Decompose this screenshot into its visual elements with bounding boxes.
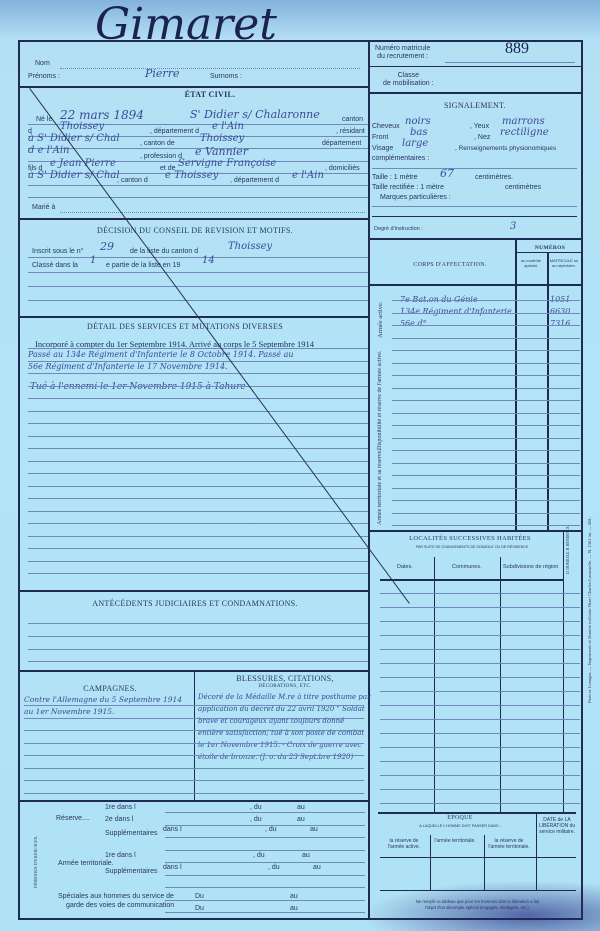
section-rule <box>20 670 370 672</box>
col-rule <box>500 557 501 812</box>
ruled-line <box>28 361 368 362</box>
epoque-title: ÉPOQUE <box>420 815 500 821</box>
ruled-line <box>165 862 365 863</box>
lieu-naissance: S' Didier s/ Chalaronne <box>190 108 320 121</box>
ruled-line <box>24 705 364 706</box>
service-line-2: Passé au 134e Régiment d'Infanterie le 8… <box>28 350 294 359</box>
rule <box>28 661 368 662</box>
au-label: au <box>297 804 305 811</box>
centimetres-label: centimètres. <box>475 174 513 181</box>
du-label: Du <box>195 905 204 912</box>
visage-value: large <box>402 138 428 149</box>
ruled-line <box>380 719 580 720</box>
cheveux-label: Cheveux <box>372 123 400 130</box>
au-label: au <box>313 864 321 871</box>
blessure-line-1: Décoré de la Médaille M.re à titre posth… <box>198 693 370 701</box>
ruled-line <box>380 803 580 804</box>
ruled-line <box>24 730 364 731</box>
classe-label: Classede mobilisation : <box>383 72 434 88</box>
ruled-line <box>380 649 580 650</box>
au-label: au <box>297 816 305 823</box>
ruled-line <box>28 498 368 499</box>
matricule-row-3: 7316 <box>550 319 570 328</box>
matricule-value: 889 <box>505 40 529 58</box>
ruled-line <box>165 812 365 813</box>
ruled-line <box>380 761 580 762</box>
ruled-line <box>392 450 580 451</box>
matricule-rule <box>370 66 582 67</box>
prenoms-label: Prénoms : <box>28 73 60 80</box>
supplementaires-label: Supplémentaires <box>105 868 158 875</box>
ruled-line <box>24 793 364 794</box>
rule <box>60 212 365 213</box>
ruled-line <box>165 887 365 888</box>
epoque-col-3: la réserve de l'armée territoriale. <box>486 838 532 850</box>
nom-label: Nom <box>35 60 50 67</box>
corps-row-2: 134e Régiment d'Infanterie <box>400 307 512 316</box>
ruled-line <box>24 743 364 744</box>
surnoms-label: Surnoms : <box>210 73 242 80</box>
decision-title: DÉCISION DU CONSEIL DE REVISION ET MOTIF… <box>90 226 300 235</box>
canton-value: Thoissey <box>60 121 104 132</box>
rule <box>380 857 576 858</box>
ruled-line <box>24 755 364 756</box>
ruled-line <box>28 511 368 512</box>
reserve-2e-label: 2e dans l <box>105 816 133 823</box>
liste-label: de la liste du canton d <box>130 248 198 255</box>
localites-title: LOCALITÉS SUCCESSIVES HABITÉES <box>390 535 550 542</box>
col-rule <box>430 835 431 890</box>
col-rule <box>515 238 517 530</box>
ruled-line <box>380 621 580 622</box>
ruled-line <box>165 900 365 901</box>
localites-subtitle: PAR SUITE DE CHANGEMENTS DE DOMICILE OU … <box>385 544 560 550</box>
domicile-col: D. DOMICILE. R. RÉSIDENCE. <box>566 540 570 574</box>
ruled-line <box>392 313 580 314</box>
nez-value: rectiligne <box>500 127 549 138</box>
domicile-value: à S' Didier s/ Chal <box>28 170 120 181</box>
ruled-line <box>392 525 580 526</box>
rule <box>372 168 577 169</box>
liberation-title: DATE de LA LIBÉRATION du service militai… <box>538 817 576 835</box>
rule <box>517 252 581 253</box>
nom-line <box>60 68 360 69</box>
corps-row-3: 56e d° <box>400 319 427 328</box>
ruled-line <box>392 513 580 514</box>
ruled-line <box>165 850 365 851</box>
matricule-col-header: MATRICULE ou au répertoire. <box>548 258 580 268</box>
canton3-value: e Thoissey <box>165 170 218 181</box>
blessures-subtitle: DÉCORATIONS, ETC. <box>235 684 335 689</box>
liste-value: Thoissey <box>228 241 272 252</box>
ruled-line <box>392 300 580 301</box>
epoque-subtitle: A LAQUELLE L'HOMME DOIT PASSER DANS : <box>385 823 535 829</box>
ruled-line <box>392 413 580 414</box>
section-rule <box>20 316 370 318</box>
rule <box>380 579 563 581</box>
rule <box>380 890 576 891</box>
ruled-line <box>28 411 368 412</box>
renseignements-label: , Renseignements physionomiques <box>455 145 556 152</box>
matricule-row-2: 6630 <box>550 307 570 316</box>
profession-value: e Vannier <box>195 145 248 158</box>
rule <box>28 272 368 273</box>
numeros-title: NUMÉROS <box>525 245 575 251</box>
matricule-line <box>445 62 575 63</box>
taille-rectifiee-label: Taille rectifiée : 1 mètre <box>372 184 444 191</box>
ruled-line <box>392 463 580 464</box>
supplementaires-label: Supplémentaires <box>105 830 158 837</box>
rule <box>28 649 368 650</box>
departement-value: e l'Ain <box>212 121 244 132</box>
col-rule <box>563 532 564 812</box>
ruled-line <box>28 548 368 549</box>
au-label: au <box>302 852 310 859</box>
mere-value: Servigne Françoise <box>178 158 276 169</box>
matricule-label: Numéro matriculedu recrutement : <box>375 45 430 61</box>
col-rule <box>434 557 435 812</box>
classe-rule <box>370 92 582 94</box>
ruled-line <box>392 363 580 364</box>
rule <box>28 636 368 637</box>
dans-label: dans l <box>163 826 182 833</box>
paper-stain-top <box>0 0 600 40</box>
epoque-note: Ne remplir ce tableau que pour les homme… <box>385 899 570 911</box>
service-line-4: Tué à l'ennemi le 1er Novembre 1915 à Ta… <box>30 382 246 392</box>
rule <box>372 216 577 217</box>
visage-label: Visage <box>372 145 393 152</box>
rule <box>372 206 577 207</box>
section-rule <box>20 218 370 220</box>
du-label: , du <box>265 826 277 833</box>
section-rule <box>370 238 582 240</box>
ruled-line <box>28 486 368 487</box>
ruled-line <box>165 912 365 913</box>
epoque-note-2: l'objet d'un décompte spécial (engagés, … <box>425 905 530 910</box>
ruled-line <box>380 607 580 608</box>
rule <box>28 300 368 301</box>
ruled-line <box>28 573 368 574</box>
campagnes-title: CAMPAGNES. <box>60 684 160 693</box>
ruled-line <box>392 400 580 401</box>
service-line-3: 56e Régiment d'Infanterie le 17 Novembre… <box>28 362 228 371</box>
epoque-col-1: la réserve de l'armée active. <box>381 838 427 850</box>
ruled-line <box>28 398 368 399</box>
du-label: , du <box>250 804 262 811</box>
campagne-line-1: Contre l'Allemagne du 5 Septembre 1914 <box>24 695 182 704</box>
ruled-line <box>380 789 580 790</box>
ruled-line <box>28 436 368 437</box>
marie-label: Marié à <box>32 204 55 211</box>
ruled-line <box>392 375 580 376</box>
corps-col-header: CORPS D'AFFECTATION. <box>390 262 510 268</box>
nez-label: , Nez <box>474 134 490 141</box>
etat-civil-title: ÉTAT CIVIL. <box>170 90 250 99</box>
rule <box>378 812 576 814</box>
dans-label: dans l <box>163 864 182 871</box>
controle-col-header: au contrôle spécial. <box>517 258 545 268</box>
disponibilite-label: Disponibilité et réserve de l'armée acti… <box>377 360 383 450</box>
communes-col: Communes. <box>452 564 482 570</box>
ruled-line <box>392 438 580 439</box>
armee-territoriale-label: Armée territoriale. <box>58 860 114 868</box>
ruled-line <box>28 536 368 537</box>
epoque-col-2: l'armée territoriale. <box>432 838 478 844</box>
blessure-line-2: application du décret du 22 avril 1920 "… <box>198 705 365 713</box>
rule <box>28 623 368 624</box>
rule <box>28 257 368 258</box>
ruled-line <box>392 475 580 476</box>
taille-label: Taille : 1 mètre <box>372 174 418 181</box>
column-divider <box>368 40 370 920</box>
matricule-label-1: Numéro matricule <box>375 45 430 52</box>
rule <box>28 286 368 287</box>
ruled-line <box>28 448 368 449</box>
ruled-line <box>28 561 368 562</box>
signalement-title: SIGNALEMENT. <box>425 101 525 110</box>
ruled-line <box>392 425 580 426</box>
residant-value: à S' Didier s/ Chal <box>28 133 120 144</box>
epoque-note-1: Ne remplir ce tableau que pour les homme… <box>416 899 539 904</box>
ruled-line <box>28 348 368 349</box>
ruled-line <box>380 663 580 664</box>
prenoms-value: Pierre <box>145 67 179 80</box>
speciales-label-1: Spéciales aux hommes du service de <box>58 893 174 900</box>
ruled-line <box>165 875 365 876</box>
au-label: au <box>310 826 318 833</box>
section-rule <box>20 590 370 592</box>
yeux-label: , Yeux <box>470 123 489 130</box>
ruled-line <box>392 325 580 326</box>
ruled-line <box>380 691 580 692</box>
printer-imprint: Paris et Limoges. — Imprimerie et librai… <box>587 400 592 820</box>
territoriale-label: Armée territoriale et sa réserve. <box>377 455 383 525</box>
ruled-line <box>380 593 580 594</box>
ruled-line <box>165 825 365 826</box>
col-rule <box>536 812 537 890</box>
canton2-label: , canton de <box>140 140 175 147</box>
ruled-line <box>28 523 368 524</box>
ruled-line <box>392 500 580 501</box>
inscrit-label: Inscrit sous le n° <box>32 248 83 255</box>
services-title: DÉTAIL DES SERVICES ET MUTATIONS DIVERSE… <box>70 322 300 331</box>
ruled-line <box>380 635 580 636</box>
canton3-label: , canton d <box>117 177 148 184</box>
reserve-label: Réserve.... <box>56 815 90 822</box>
reserve-1re-label: 1re dans l <box>105 804 136 811</box>
yeux-value: marrons <box>502 116 545 127</box>
ruled-line <box>28 423 368 424</box>
ruled-line <box>24 768 364 769</box>
ruled-line <box>28 461 368 462</box>
classe-dans-value: 1 <box>90 255 96 266</box>
ruled-line <box>380 705 580 706</box>
au-label: au <box>290 905 298 912</box>
date-naissance: 22 mars 1894 <box>60 108 144 122</box>
col-rule <box>484 835 485 890</box>
terr-1re-label: 1re dans l <box>105 852 136 859</box>
ruled-line <box>165 837 365 838</box>
header-rule <box>20 86 370 88</box>
ruled-line <box>392 388 580 389</box>
taille-value: 67 <box>440 167 454 180</box>
section-rule <box>370 284 582 286</box>
residant-label: , résidant <box>336 128 365 135</box>
canton2-value: Thoissey <box>200 133 244 144</box>
ruled-line <box>392 350 580 351</box>
rule <box>28 185 368 186</box>
ruled-line <box>380 677 580 678</box>
departement3-value: e l'Ain <box>292 170 324 181</box>
departement-label: , département d <box>150 128 199 135</box>
inscrit-value: 29 <box>100 240 114 253</box>
partie-label: e partie de la liste en 19 <box>106 262 180 269</box>
ruled-line <box>24 718 364 719</box>
classe-label-2: de mobilisation : <box>383 80 434 87</box>
degre-label: Degré d'instruction : <box>374 226 423 232</box>
profession-label: , profession d <box>140 153 182 160</box>
front-value: bas <box>410 127 428 138</box>
subdivisions-col: Subdivisions de région <box>503 564 558 570</box>
dates-col: Dates. <box>397 564 413 570</box>
du-label: , du <box>250 816 262 823</box>
rule <box>28 197 368 198</box>
section-rule <box>20 800 370 802</box>
centimetres2-label: centimètres <box>505 184 541 191</box>
blessures-title: BLESSURES, CITATIONS, <box>225 674 345 683</box>
ruled-line <box>392 338 580 339</box>
departement2-value: d e l'Ain <box>28 145 69 156</box>
front-label: Front <box>372 134 388 141</box>
antecedents-title: ANTÉCÉDENTS JUDICIAIRES ET CONDAMNATIONS… <box>90 599 300 608</box>
domicilies-label: , domiciliés <box>325 165 360 172</box>
speciales-label-2: garde des voies de communication <box>66 902 174 909</box>
departement3-label: , département d <box>230 177 279 184</box>
annee-value: 14 <box>202 255 215 266</box>
ruled-line <box>380 747 580 748</box>
marques-label: Marques particulières : <box>380 194 451 201</box>
periodes-side-label: PÉRIODES D'EXERCICES. <box>33 832 47 892</box>
campagne-line-2: au 1er Novembre 1915. <box>24 707 114 716</box>
ruled-line <box>392 488 580 489</box>
ruled-line <box>380 733 580 734</box>
du-label: , du <box>268 864 280 871</box>
section-rule <box>370 530 582 532</box>
ruled-line <box>380 775 580 776</box>
ruled-line <box>28 373 368 374</box>
degre-value: 3 <box>510 221 516 232</box>
canton-label: canton <box>342 116 363 123</box>
classe-dans-label: Classé dans la <box>32 262 78 269</box>
classe-label-1: Classe <box>398 72 419 79</box>
complementaires-label: complémentaires : <box>372 155 429 162</box>
matricule-label-2: du recrutement : <box>377 53 428 60</box>
du-label: , du <box>253 852 265 859</box>
armee-active-label: Armée active. <box>377 290 384 350</box>
ruled-line <box>28 386 368 387</box>
cheveux-value: noirs <box>405 116 431 127</box>
ruled-line <box>24 780 364 781</box>
departement2-label: département <box>322 140 361 147</box>
ruled-line <box>28 473 368 474</box>
